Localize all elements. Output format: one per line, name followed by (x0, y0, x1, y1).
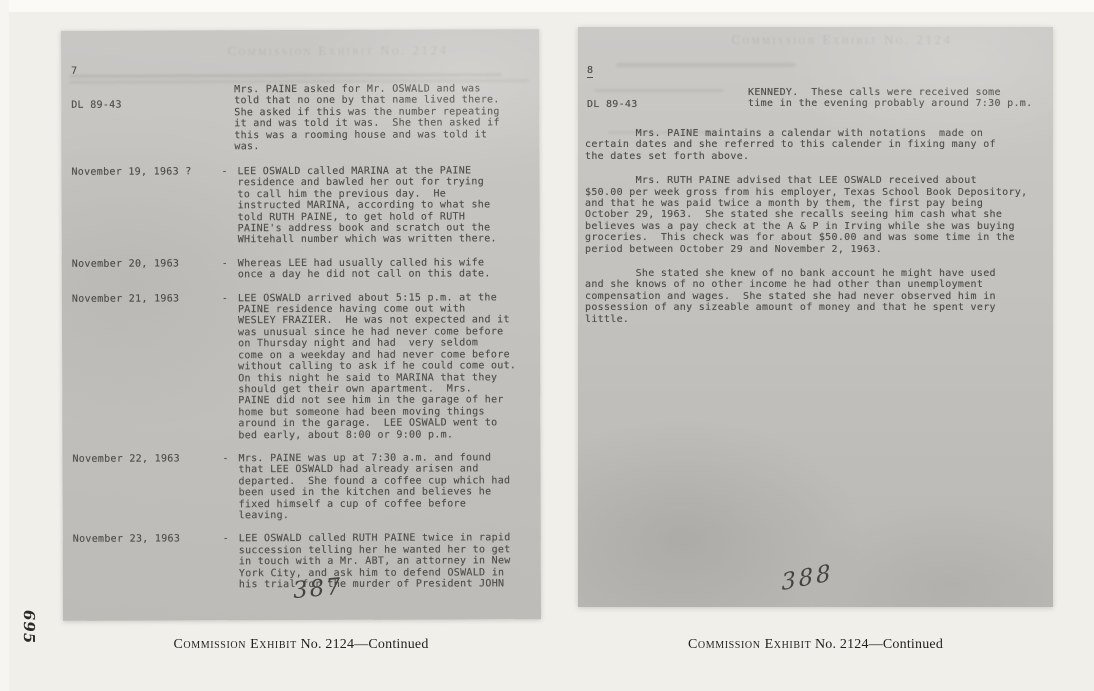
handwritten-page-number: 387 (292, 574, 344, 604)
entry-text: Whereas LEE had usually called his wife … (238, 257, 534, 281)
file-number: DL 89-43 (71, 100, 122, 112)
entry-date: November 20, 1963 (72, 258, 222, 281)
scan-page-8: Commission Exhibit No. 2124 8 DL 89-43 K… (578, 27, 1053, 607)
entry-text: LEE OSWALD called RUTH PAINE twice in ra… (239, 533, 535, 591)
continuation-paragraph: KENNEDY. These calls were received some … (748, 87, 1048, 110)
exhibit-caption-right: Commission Exhibit No. 2124—Continued (578, 637, 1053, 653)
body-paragraphs: Mrs. PAINE maintains a calendar with not… (585, 128, 1048, 338)
entry-text: Mrs. PAINE was up at 7:30 a.m. and found… (238, 452, 534, 521)
entry-dash: - (222, 453, 238, 521)
chronology-entries: November 19, 1963 ? - LEE OSWALD called … (71, 165, 535, 603)
entry-date: November 21, 1963 (72, 293, 223, 442)
entry-dash: - (222, 258, 238, 281)
handwritten-page-number: 388 (781, 560, 834, 596)
page-header: 8 DL 89-43 (587, 42, 638, 133)
entry-date: November 22, 1963 (72, 453, 222, 522)
file-number: DL 89-43 (587, 99, 638, 110)
entry-text: LEE OSWALD called MARINA at the PAINE re… (237, 165, 533, 246)
entry-text: LEE OSWALD arrived about 5:15 p.m. at th… (238, 292, 535, 441)
ghost-bleedthrough-caption: Commission Exhibit No. 2124 (173, 42, 503, 59)
exhibit-caption-rest: No. 2124—Continued (297, 637, 429, 652)
sheet-top-edge (0, 0, 1094, 12)
scanned-document-spread: Commission Exhibit No. 2124 7 DL 89-43 M… (0, 0, 1094, 691)
body-paragraph: She stated she knew of no bank account h… (585, 268, 1048, 325)
exhibit-caption-smallcaps: Commission Exhibit (173, 637, 296, 652)
sheet-left-edge (0, 0, 9, 691)
body-paragraph: Mrs. PAINE maintains a calendar with not… (585, 128, 1048, 162)
ink-smudge (69, 73, 501, 78)
exhibit-caption-smallcaps: Commission Exhibit (688, 637, 811, 652)
entry-dash: - (223, 534, 239, 591)
body-paragraph: Mrs. RUTH PAINE advised that LEE OSWALD … (585, 175, 1048, 255)
entry-dash: - (222, 293, 239, 441)
entry-dash: - (221, 166, 237, 246)
exhibit-caption-rest: No. 2124—Continued (811, 637, 943, 652)
page-header: 7 DL 89-43 (71, 43, 122, 134)
chronology-entry: November 22, 1963 - Mrs. PAINE was up at… (72, 452, 534, 522)
book-page-number: 695 (20, 609, 38, 646)
continuation-paragraph: Mrs. PAINE asked for Mr. OSWALD and was … (234, 83, 536, 152)
chronology-entry: November 19, 1963 ? - LEE OSWALD called … (71, 165, 533, 246)
ghost-bleedthrough-caption: Commission Exhibit No. 2124 (674, 32, 1010, 48)
scan-page-7: Commission Exhibit No. 2124 7 DL 89-43 M… (61, 29, 541, 621)
ink-smudge (616, 63, 796, 67)
page-number: 7 (71, 65, 122, 77)
exhibit-caption-left: Commission Exhibit No. 2124—Continued (62, 637, 540, 653)
page-number: 8 (587, 65, 593, 78)
entry-date: November 23, 1963 (73, 534, 223, 592)
entry-date: November 19, 1963 ? (71, 166, 221, 246)
chronology-entry: November 21, 1963 - LEE OSWALD arrived a… (72, 292, 535, 442)
chronology-entry: November 20, 1963 - Whereas LEE had usua… (72, 257, 534, 281)
